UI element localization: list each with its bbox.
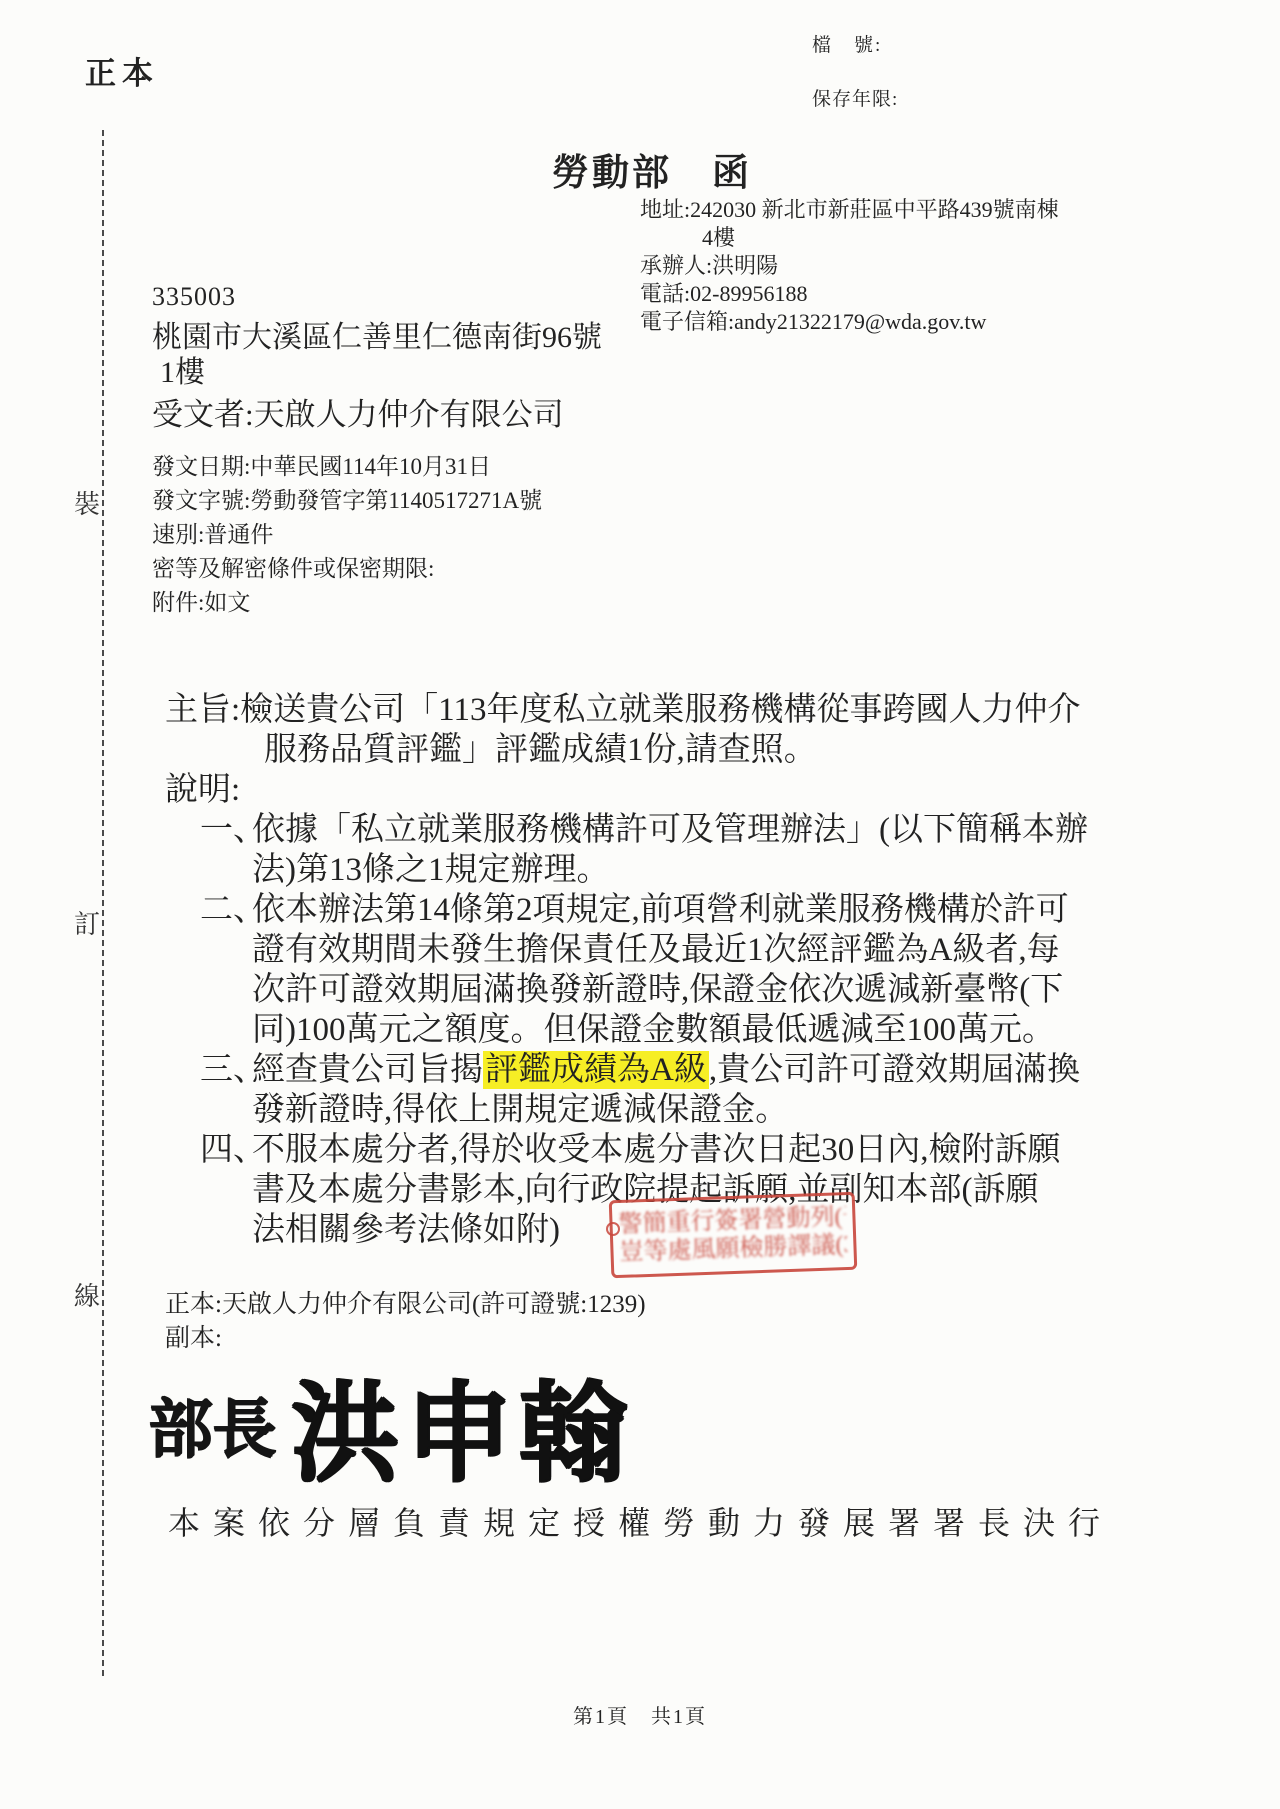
binding-mark-xian: 線 [74,1276,100,1313]
minister-title: 部長 [148,1378,276,1470]
binding-dashed-line [102,130,104,1676]
sender-address-line2: 4樓 [640,224,1059,252]
retention-period-label: 保存年限: [812,84,898,111]
official-red-stamp: 警簡重行簽署營動列(干 豈等處風願檢勝譯議(3) [609,1192,858,1279]
issue-date: 發文日期:中華民國114年10月31日 [152,450,542,484]
document-title: 勞動部 函 [552,142,752,196]
document-meta-block: 發文日期:中華民國114年10月31日 發文字號:勞動發管字第114051727… [152,450,542,620]
speed-class: 速別:普通件 [152,518,542,552]
addressee-line: 受文者:天啟人力仲介有限公司 [152,389,564,434]
sender-address-line1: 地址:242030 新北市新莊區中平路439號南棟 [640,196,1059,224]
item-4-line-3: 法相關參考法條如附) [252,1203,560,1250]
distribution-original: 正本:天啟人力仲介有限公司(許可證號:1239) [165,1284,646,1320]
recipient-postal-code: 335003 [152,282,236,312]
recipient-address-line2: 1樓 [160,347,205,391]
issue-number: 發文字號:勞動發管字第1140517271A號 [152,484,542,518]
security-class: 密等及解密條件或保密期限: [152,552,542,586]
file-number-label: 檔 號: [812,30,882,57]
scanned-official-letter: 裝 訂 線 正本 檔 號: 保存年限: 勞動部 函 地址:242030 新北市新… [0,0,1280,1809]
attachment-note: 附件:如文 [152,586,542,620]
minister-name-calligraphy: 洪申翰 [290,1346,632,1501]
subject-line-2: 服務品質評鑑」評鑑成績1份,請查照。 [264,723,817,770]
page-number-footer: 第1頁 共1頁 [0,1700,1280,1729]
binding-mark-zhuang: 裝 [74,484,100,521]
sender-phone: 電話:02-89956188 [640,280,1059,308]
sender-contact-person: 承辦人:洪明陽 [640,252,1059,280]
minister-signature-block: 部長 洪申翰 [148,1346,632,1501]
delegation-note: 本案依分層負責規定授權勞動力發展署署長決行 [168,1498,1113,1544]
sender-contact-block: 地址:242030 新北市新莊區中平路439號南棟 4樓 承辦人:洪明陽 電話:… [640,196,1059,336]
stamp-ink-ring [606,1222,620,1236]
sender-email: 電子信箱:andy21322179@wda.gov.tw [640,308,1059,336]
recipient-address-line1: 桃園市大溪區仁善里仁德南街96號 [152,312,602,356]
copy-type-label: 正本 [85,48,159,93]
binding-mark-ding: 訂 [74,904,100,941]
